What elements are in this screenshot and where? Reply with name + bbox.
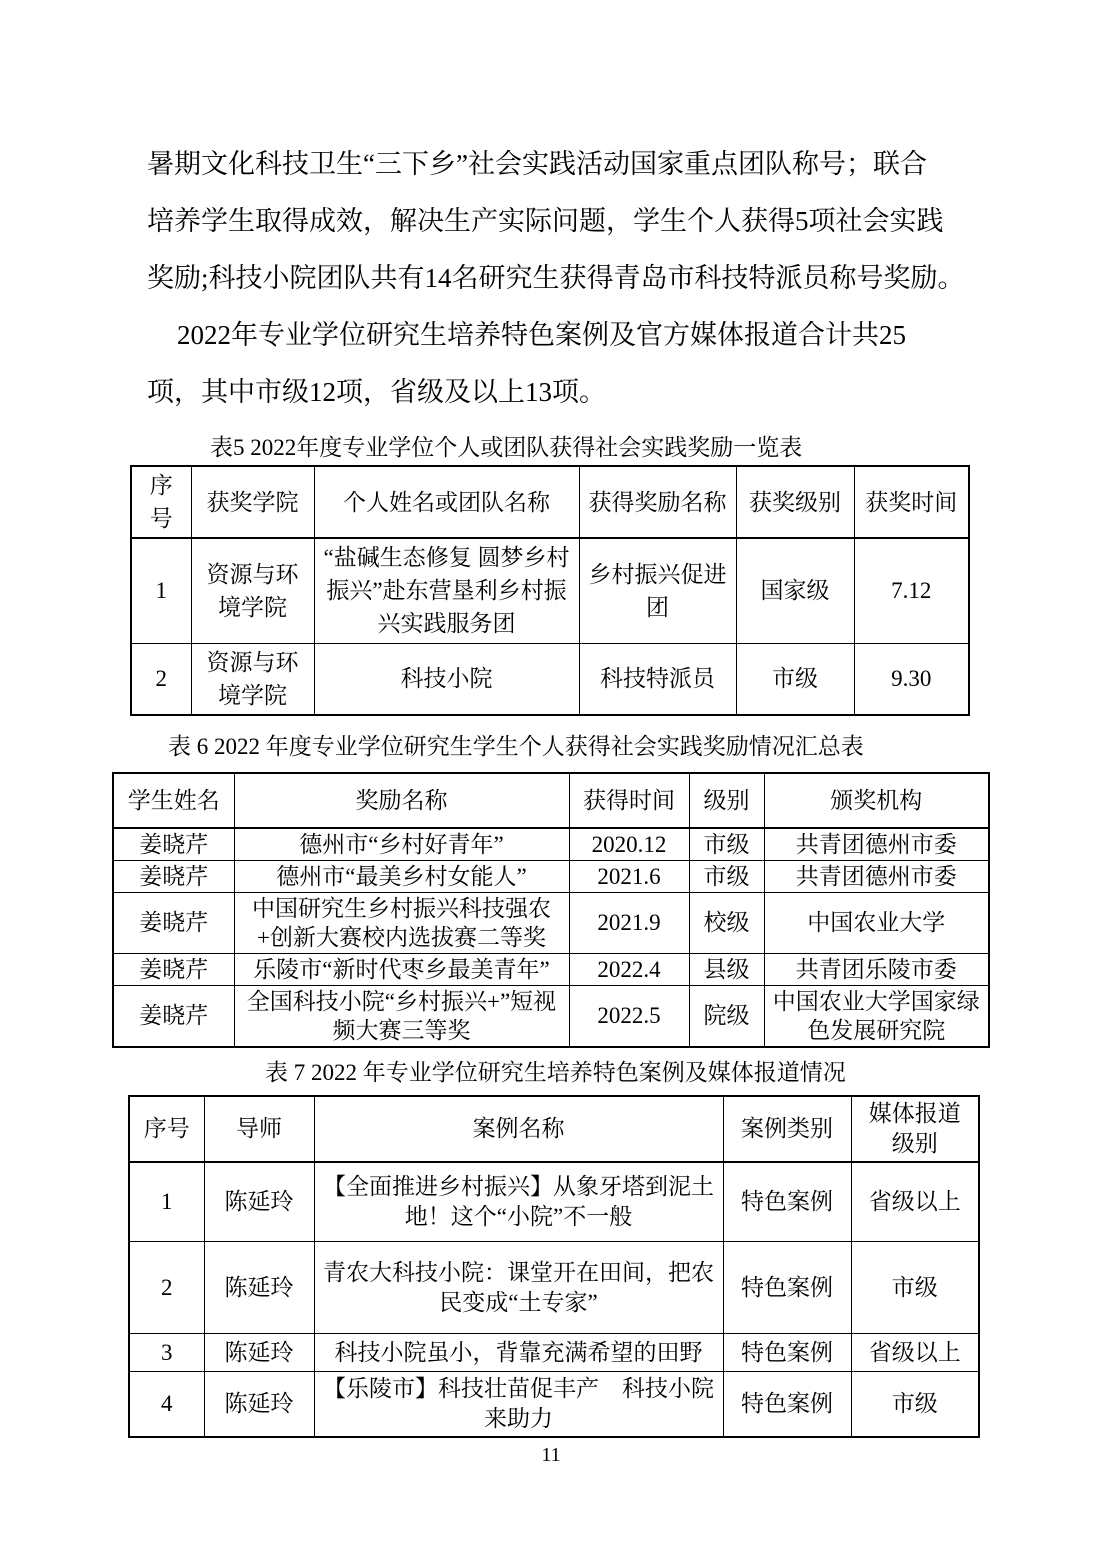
table-row: 4 陈延玲 【乐陵市】科技壮苗促丰产 科技小院来助力 特色案例 市级	[129, 1372, 979, 1438]
table-cell: 陈延玲	[204, 1162, 314, 1242]
table-cell: 2022.4	[569, 953, 689, 985]
table-cell: 9.30	[854, 643, 969, 715]
column-header: 获奖学院	[191, 466, 314, 538]
table-cell: 陈延玲	[204, 1372, 314, 1438]
table6-title: 表 6 2022 年度专业学位研究生学生个人获得社会实践奖励情况汇总表	[168, 730, 1102, 764]
column-header: 序号	[131, 466, 191, 538]
table-row: 姜晓芹 乐陵市“新时代枣乡最美青年” 2022.4 县级 共青团乐陵市委	[113, 953, 989, 985]
table-cell: 资源与环境学院	[191, 538, 314, 643]
page-number: 11	[0, 1444, 1102, 1467]
table-row: 姜晓芹 全国科技小院“乡村振兴+”短视频大赛三等奖 2022.5 院级 中国农业…	[113, 985, 989, 1047]
table-cell: 德州市“最美乡村女能人”	[234, 860, 569, 892]
table-cell: 共青团德州市委	[764, 860, 989, 892]
column-header: 颁奖机构	[764, 773, 989, 828]
table-header-row: 学生姓名 奖励名称 获得时间 级别 颁奖机构	[113, 773, 989, 828]
column-header: 案例类别	[723, 1096, 851, 1162]
paragraph-line: 培养学生取得成效，解决生产实际问题，学生个人获得5项社会实践	[147, 193, 1102, 250]
paragraph-2: 2022年专业学位研究生培养特色案例及官方媒体报道合计共25 项，其中市级12项…	[147, 307, 1102, 421]
table-cell: 陈延玲	[204, 1334, 314, 1372]
table-cell: 科技小院虽小，背靠充满希望的田野	[314, 1334, 723, 1372]
table-cell: 【乐陵市】科技壮苗促丰产 科技小院来助力	[314, 1372, 723, 1438]
table-row: 姜晓芹 中国研究生乡村振兴科技强农+创新大赛校内选拔赛二等奖 2021.9 校级…	[113, 892, 989, 953]
column-header: 序号	[129, 1096, 204, 1162]
table-cell: 市级	[851, 1242, 979, 1334]
table-cell: 2021.9	[569, 892, 689, 953]
table-row: 姜晓芹 德州市“最美乡村女能人” 2021.6 市级 共青团德州市委	[113, 860, 989, 892]
table-header-row: 序号 获奖学院 个人姓名或团队名称 获得奖励名称 获奖级别 获奖时间	[131, 466, 969, 538]
paragraph-line: 暑期文化科技卫生“三下乡”社会实践活动国家重点团队称号；联合	[147, 136, 1102, 193]
table-row: 2 资源与环境学院 科技小院 科技特派员 市级 9.30	[131, 643, 969, 715]
table-cell: 姜晓芹	[113, 860, 234, 892]
table-cell: 特色案例	[723, 1162, 851, 1242]
column-header: 奖励名称	[234, 773, 569, 828]
column-header: 个人姓名或团队名称	[314, 466, 579, 538]
table-cell: 乡村振兴促进团	[579, 538, 736, 643]
table-cell: 3	[129, 1334, 204, 1372]
paragraph-1: 暑期文化科技卫生“三下乡”社会实践活动国家重点团队称号；联合 培养学生取得成效，…	[147, 136, 1102, 307]
table-cell: 4	[129, 1372, 204, 1438]
table-cell: 中国研究生乡村振兴科技强农+创新大赛校内选拔赛二等奖	[234, 892, 569, 953]
table-row: 3 陈延玲 科技小院虽小，背靠充满希望的田野 特色案例 省级以上	[129, 1334, 979, 1372]
table7-media-cases: 序号 导师 案例名称 案例类别 媒体报道级别 1 陈延玲 【全面推进乡村振兴】从…	[128, 1095, 980, 1439]
table-cell: 院级	[689, 985, 764, 1047]
column-header: 导师	[204, 1096, 314, 1162]
table7-title: 表 7 2022 年专业学位研究生培养特色案例及媒体报道情况	[265, 1056, 1102, 1090]
table-row: 1 陈延玲 【全面推进乡村振兴】从象牙塔到泥土地！这个“小院”不一般 特色案例 …	[129, 1162, 979, 1242]
table-cell: 1	[131, 538, 191, 643]
table-cell: 姜晓芹	[113, 953, 234, 985]
table-cell: 市级	[689, 860, 764, 892]
table-cell: 2022.5	[569, 985, 689, 1047]
table5-title: 表5 2022年度专业学位个人或团队获得社会实践奖励一览表	[210, 431, 1102, 465]
column-header: 媒体报道级别	[851, 1096, 979, 1162]
table-cell: 科技小院	[314, 643, 579, 715]
column-header: 获得奖励名称	[579, 466, 736, 538]
table-cell: 县级	[689, 953, 764, 985]
table-cell: “盐碱生态修复 圆梦乡村振兴”赴东营垦利乡村振兴实践服务团	[314, 538, 579, 643]
table-cell: 省级以上	[851, 1162, 979, 1242]
table5-awards-list: 序号 获奖学院 个人姓名或团队名称 获得奖励名称 获奖级别 获奖时间 1 资源与…	[130, 465, 970, 716]
column-header: 获奖级别	[736, 466, 854, 538]
table-cell: 姜晓芹	[113, 892, 234, 953]
table-cell: 全国科技小院“乡村振兴+”短视频大赛三等奖	[234, 985, 569, 1047]
table-cell: 特色案例	[723, 1372, 851, 1438]
table-cell: 特色案例	[723, 1242, 851, 1334]
table-row: 姜晓芹 德州市“乡村好青年” 2020.12 市级 共青团德州市委	[113, 828, 989, 861]
table-cell: 青农大科技小院：课堂开在田间，把农民变成“土专家”	[314, 1242, 723, 1334]
table-cell: 乐陵市“新时代枣乡最美青年”	[234, 953, 569, 985]
column-header: 级别	[689, 773, 764, 828]
table-cell: 7.12	[854, 538, 969, 643]
table-cell: 2	[131, 643, 191, 715]
table-cell: 校级	[689, 892, 764, 953]
table6-individual-awards: 学生姓名 奖励名称 获得时间 级别 颁奖机构 姜晓芹 德州市“乡村好青年” 20…	[112, 772, 990, 1048]
paragraph-line: 2022年专业学位研究生培养特色案例及官方媒体报道合计共25	[147, 307, 1102, 364]
table-cell: 中国农业大学	[764, 892, 989, 953]
column-header: 获奖时间	[854, 466, 969, 538]
table-cell: 2	[129, 1242, 204, 1334]
paragraph-line: 奖励;科技小院团队共有14名研究生获得青岛市科技特派员称号奖励。	[147, 250, 1102, 307]
table-cell: 陈延玲	[204, 1242, 314, 1334]
table-cell: 市级	[736, 643, 854, 715]
table-row: 1 资源与环境学院 “盐碱生态修复 圆梦乡村振兴”赴东营垦利乡村振兴实践服务团 …	[131, 538, 969, 643]
table-cell: 特色案例	[723, 1334, 851, 1372]
table-cell: 共青团德州市委	[764, 828, 989, 861]
column-header: 案例名称	[314, 1096, 723, 1162]
table-cell: 德州市“乡村好青年”	[234, 828, 569, 861]
column-header: 学生姓名	[113, 773, 234, 828]
table-cell: 2021.6	[569, 860, 689, 892]
column-header: 获得时间	[569, 773, 689, 828]
table-cell: 1	[129, 1162, 204, 1242]
table-cell: 【全面推进乡村振兴】从象牙塔到泥土地！这个“小院”不一般	[314, 1162, 723, 1242]
table-cell: 科技特派员	[579, 643, 736, 715]
table-cell: 姜晓芹	[113, 985, 234, 1047]
table-header-row: 序号 导师 案例名称 案例类别 媒体报道级别	[129, 1096, 979, 1162]
table-cell: 资源与环境学院	[191, 643, 314, 715]
table-cell: 中国农业大学国家绿色发展研究院	[764, 985, 989, 1047]
paragraph-line: 项，其中市级12项，省级及以上13项。	[147, 364, 1102, 421]
table-cell: 国家级	[736, 538, 854, 643]
table-cell: 市级	[851, 1372, 979, 1438]
table-cell: 省级以上	[851, 1334, 979, 1372]
table-cell: 市级	[689, 828, 764, 861]
table-cell: 姜晓芹	[113, 828, 234, 861]
document-page: 暑期文化科技卫生“三下乡”社会实践活动国家重点团队称号；联合 培养学生取得成效，…	[0, 0, 1102, 1559]
table-row: 2 陈延玲 青农大科技小院：课堂开在田间，把农民变成“土专家” 特色案例 市级	[129, 1242, 979, 1334]
table-cell: 2020.12	[569, 828, 689, 861]
table-cell: 共青团乐陵市委	[764, 953, 989, 985]
